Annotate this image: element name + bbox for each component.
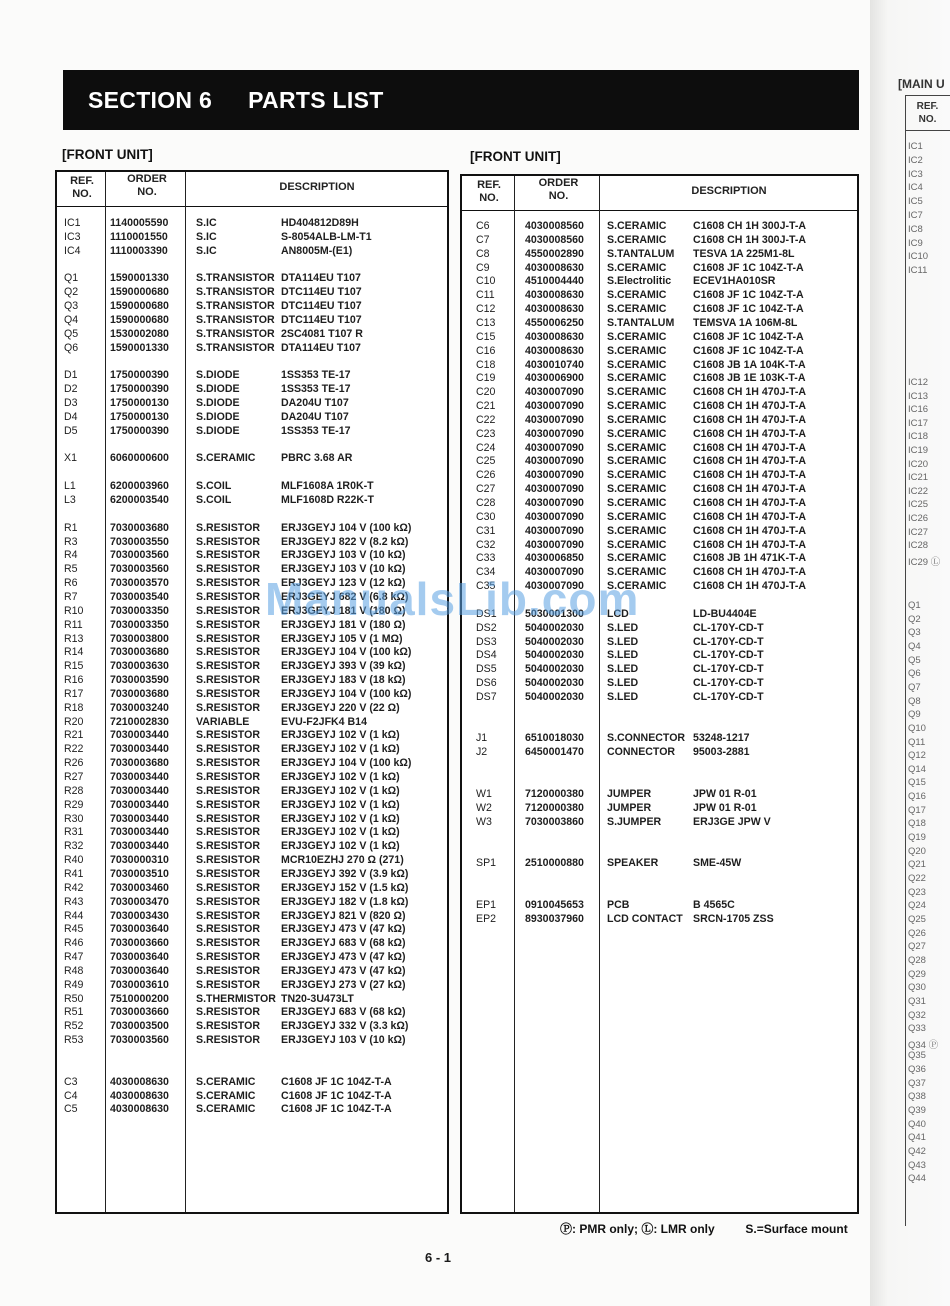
- next-ref: IC2: [908, 155, 923, 166]
- order-cell: 6450001470: [525, 746, 584, 758]
- part-cell: ERJ3GEYJ 104 V (100 kΩ): [281, 522, 411, 534]
- part-cell: ECEV1HA010SR: [693, 275, 775, 287]
- order-cell: 6510018030: [525, 732, 584, 744]
- table-row: C204030007090S.CERAMICC1608 CH 1H 470J-T…: [462, 386, 857, 400]
- type-cell: S.IC: [196, 245, 217, 257]
- surface-mount-note: S.=Surface mount: [745, 1222, 847, 1236]
- ref-cell: DS4: [476, 649, 497, 661]
- order-cell: 7030003350: [110, 619, 169, 631]
- ref-cell: Q6: [64, 342, 78, 354]
- order-cell: 7030003610: [110, 979, 169, 991]
- part-cell: ERJ3GEYJ 332 V (3.3 kΩ): [281, 1020, 408, 1032]
- part-cell: ERJ3GEYJ 821 V (820 Ω): [281, 910, 406, 922]
- next-ref: Q26: [908, 928, 926, 939]
- type-cell: S.RESISTOR: [196, 923, 260, 935]
- type-cell: S.CERAMIC: [196, 452, 255, 464]
- table-row: C274030007090S.CERAMICC1608 CH 1H 470J-T…: [462, 483, 857, 497]
- order-cell: 7030000310: [110, 854, 169, 866]
- ref-cell: C21: [476, 400, 495, 412]
- ref-cell: R16: [64, 674, 83, 686]
- type-cell: S.RESISTOR: [196, 549, 260, 561]
- part-cell: ERJ3GEYJ 183 V (18 kΩ): [281, 674, 406, 686]
- next-ref: Q1: [908, 600, 921, 611]
- part-cell: C1608 JF 1C 104Z-T-A: [281, 1076, 392, 1088]
- next-ref: IC12: [908, 377, 928, 388]
- legend-footnote: Ⓟ: PMR only; Ⓛ: LMR only S.=Surface moun…: [560, 1220, 848, 1237]
- next-ref: Q37: [908, 1078, 926, 1089]
- order-cell: 5040002030: [525, 677, 584, 689]
- order-cell: 1750000130: [110, 397, 169, 409]
- ref-cell: D2: [64, 383, 78, 395]
- table-row: DS35040002030S.LEDCL-170Y-CD-T: [462, 636, 857, 650]
- part-cell: ERJ3GEYJ 105 V (1 MΩ): [281, 633, 403, 645]
- ref-cell: C10: [476, 275, 495, 287]
- order-cell: 7030003560: [110, 563, 169, 575]
- part-cell: PBRC 3.68 AR: [281, 452, 352, 464]
- part-cell: C1608 JF 1C 104Z-T-A: [693, 345, 804, 357]
- order-cell: 0910045653: [525, 899, 584, 911]
- table-row: C254030007090S.CERAMICC1608 CH 1H 470J-T…: [462, 455, 857, 469]
- part-cell: C1608 CH 1H 470J-T-A: [693, 414, 806, 426]
- part-cell: ERJ3GEYJ 102 V (1 kΩ): [281, 813, 400, 825]
- ref-cell: R53: [64, 1034, 83, 1046]
- table-row: C354030007090S.CERAMICC1608 CH 1H 470J-T…: [462, 580, 857, 594]
- next-ref: Q23: [908, 887, 926, 898]
- table-row: EP10910045653PCBB 4565C: [462, 899, 857, 913]
- order-cell: 4030007090: [525, 414, 584, 426]
- next-ref: Q11: [908, 737, 925, 748]
- next-ref: Q20: [908, 846, 926, 857]
- order-cell: 5040002030: [525, 691, 584, 703]
- part-cell: SRCN-1705 ZSS: [693, 913, 774, 925]
- ref-cell: L1: [64, 480, 76, 492]
- table-row: R537030003560S.RESISTORERJ3GEYJ 103 V (1…: [57, 1034, 447, 1048]
- next-ref: IC28: [908, 540, 928, 551]
- ref-cell: R6: [64, 577, 78, 589]
- order-cell: 7030003440: [110, 840, 169, 852]
- part-cell: ERJ3GEYJ 102 V (1 kΩ): [281, 785, 400, 797]
- order-cell: 4030008630: [525, 331, 584, 343]
- type-cell: S.Electrolitic: [607, 275, 671, 287]
- order-cell: 4030008630: [525, 262, 584, 274]
- table-row: W37030003860S.JUMPERERJ3GE JPW V: [462, 816, 857, 830]
- ref-cell: R51: [64, 1006, 83, 1018]
- type-cell: S.RESISTOR: [196, 813, 260, 825]
- part-cell: ERJ3GEYJ 181 V (180 Ω): [281, 619, 406, 631]
- ref-cell: D1: [64, 369, 78, 381]
- order-cell: 5030001300: [525, 608, 584, 620]
- ref-cell: C7: [476, 234, 490, 246]
- part-cell: ERJ3GEYJ 392 V (3.9 kΩ): [281, 868, 408, 880]
- ref-cell: R52: [64, 1020, 83, 1032]
- type-cell: S.CERAMIC: [196, 1103, 255, 1115]
- type-cell: S.RESISTOR: [196, 840, 260, 852]
- ref-cell: C12: [476, 303, 495, 315]
- type-cell: S.TRANSISTOR: [196, 272, 275, 284]
- type-cell: S.RESISTOR: [196, 979, 260, 991]
- order-cell: 2510000880: [525, 857, 584, 869]
- table-row: DS25040002030S.LEDCL-170Y-CD-T: [462, 622, 857, 636]
- part-cell: C1608 CH 1H 470J-T-A: [693, 442, 806, 454]
- order-cell: 4030007090: [525, 386, 584, 398]
- order-cell: 7510000200: [110, 993, 169, 1005]
- order-cell: 4030007090: [525, 455, 584, 467]
- part-cell: DTC114EU T107: [281, 286, 362, 298]
- type-cell: S.RESISTOR: [196, 563, 260, 575]
- part-cell: ERJ3GEYJ 473 V (47 kΩ): [281, 923, 406, 935]
- type-cell: S.RESISTOR: [196, 1006, 260, 1018]
- order-cell: 7210002830: [110, 716, 169, 728]
- ref-cell: C23: [476, 428, 495, 440]
- table-row: R517030003660S.RESISTORERJ3GEYJ 683 V (6…: [57, 1006, 447, 1020]
- next-ref: Q6: [908, 668, 921, 679]
- order-cell: 7030003500: [110, 1020, 169, 1032]
- part-cell: 1SS353 TE-17: [281, 369, 351, 381]
- ref-cell: C8: [476, 248, 490, 260]
- type-cell: S.CERAMIC: [196, 1090, 255, 1102]
- ref-cell: X1: [64, 452, 77, 464]
- next-ref: Q9: [908, 709, 921, 720]
- ref-cell: Q3: [64, 300, 78, 312]
- ref-cell: IC4: [64, 245, 81, 257]
- type-cell: S.DIODE: [196, 425, 240, 437]
- ref-cell: R18: [64, 702, 83, 714]
- part-cell: DTC114EU T107: [281, 300, 362, 312]
- order-cell: 4030007090: [525, 525, 584, 537]
- order-cell: 4030007090: [525, 469, 584, 481]
- table-row: C194030006900S.CERAMICC1608 JB 1E 103K-T…: [462, 372, 857, 386]
- part-cell: C1608 JF 1C 104Z-T-A: [693, 331, 804, 343]
- table-row: C34030008630S.CERAMICC1608 JF 1C 104Z-T-…: [57, 1076, 447, 1090]
- next-ref: IC7: [908, 210, 923, 221]
- table-row: C104510004440S.ElectroliticECEV1HA010SR: [462, 275, 857, 289]
- ref-cell: EP2: [476, 913, 496, 925]
- table-row: DS65040002030S.LEDCL-170Y-CD-T: [462, 677, 857, 691]
- table-row: R187030003240S.RESISTORERJ3GEYJ 220 V (2…: [57, 702, 447, 716]
- table-row: Q21590000680S.TRANSISTORDTC114EU T107: [57, 286, 447, 300]
- order-cell: 1750000130: [110, 411, 169, 423]
- type-cell: S.RESISTOR: [196, 605, 260, 617]
- order-cell: 7030003560: [110, 549, 169, 561]
- left-unit-label: [FRONT UNIT]: [62, 147, 153, 162]
- type-cell: S.CERAMIC: [607, 234, 666, 246]
- type-cell: S.CERAMIC: [607, 289, 666, 301]
- table-row: J16510018030S.CONNECTOR53248-1217: [462, 732, 857, 746]
- ref-cell: J1: [476, 732, 487, 744]
- part-cell: ERJ3GEYJ 102 V (1 kΩ): [281, 729, 400, 741]
- type-cell: S.CONNECTOR: [607, 732, 685, 744]
- order-cell: 4550006250: [525, 317, 584, 329]
- order-cell: 7030003440: [110, 813, 169, 825]
- ref-cell: R22: [64, 743, 83, 755]
- part-cell: MLF1608A 1R0K-T: [281, 480, 374, 492]
- ref-cell: R5: [64, 563, 78, 575]
- order-cell: 7030003540: [110, 591, 169, 603]
- type-cell: S.RESISTOR: [196, 1034, 260, 1046]
- next-ref: Q19: [908, 832, 926, 843]
- order-cell: 4030008560: [525, 234, 584, 246]
- type-cell: S.RESISTOR: [196, 757, 260, 769]
- table-row: SP12510000880SPEAKERSME-45W: [462, 857, 857, 871]
- order-cell: 4030008560: [525, 220, 584, 232]
- part-cell: ERJ3GEYJ 102 V (1 kΩ): [281, 826, 400, 838]
- type-cell: S.IC: [196, 217, 217, 229]
- table-row: C234030007090S.CERAMICC1608 CH 1H 470J-T…: [462, 428, 857, 442]
- part-cell: CL-170Y-CD-T: [693, 636, 764, 648]
- part-cell: C1608 CH 1H 470J-T-A: [693, 386, 806, 398]
- order-cell: 7030003800: [110, 633, 169, 645]
- part-cell: ERJ3GEYJ 182 V (1.8 kΩ): [281, 896, 408, 908]
- ref-cell: C31: [476, 525, 495, 537]
- next-ref: IC17: [908, 418, 928, 429]
- table-row: C224030007090S.CERAMICC1608 CH 1H 470J-T…: [462, 414, 857, 428]
- type-cell: S.LED: [607, 636, 638, 648]
- type-cell: S.DIODE: [196, 411, 240, 423]
- section-title: PARTS LIST: [248, 87, 383, 114]
- part-cell: HD404812D89H: [281, 217, 359, 229]
- part-cell: ERJ3GEYJ 181 V (180 Ω): [281, 605, 406, 617]
- type-cell: S.CERAMIC: [607, 511, 666, 523]
- ref-cell: R31: [64, 826, 83, 838]
- order-cell: 4030006900: [525, 372, 584, 384]
- order-cell: 1590001330: [110, 342, 169, 354]
- order-cell: 7030003630: [110, 660, 169, 672]
- type-cell: S.LED: [607, 691, 638, 703]
- table-row: R167030003590S.RESISTORERJ3GEYJ 183 V (1…: [57, 674, 447, 688]
- type-cell: S.CERAMIC: [607, 525, 666, 537]
- table-row: C184030010740S.CERAMICC1608 JB 1A 104K-T…: [462, 359, 857, 373]
- ref-cell: R13: [64, 633, 83, 645]
- ref-cell: R4: [64, 549, 78, 561]
- ref-cell: R21: [64, 729, 83, 741]
- order-cell: 4030008630: [525, 303, 584, 315]
- order-cell: 4550002890: [525, 248, 584, 260]
- order-cell: 7030003590: [110, 674, 169, 686]
- table-row: C94030008630S.CERAMICC1608 JF 1C 104Z-T-…: [462, 262, 857, 276]
- part-cell: ERJ3GEYJ 683 V (68 kΩ): [281, 937, 406, 949]
- ref-cell: Q2: [64, 286, 78, 298]
- order-cell: 7030003660: [110, 937, 169, 949]
- ref-cell: C19: [476, 372, 495, 384]
- ref-cell: R44: [64, 910, 83, 922]
- order-cell: 7030003510: [110, 868, 169, 880]
- table-row: IC11140005590S.ICHD404812D89H: [57, 217, 447, 231]
- next-ref: Q39: [908, 1105, 926, 1116]
- type-cell: S.RESISTOR: [196, 937, 260, 949]
- col-description-header: DESCRIPTION: [187, 181, 447, 194]
- order-cell: 7030003440: [110, 729, 169, 741]
- ref-cell: R14: [64, 646, 83, 658]
- part-cell: CL-170Y-CD-T: [693, 677, 764, 689]
- table-row: R177030003680S.RESISTORERJ3GEYJ 104 V (1…: [57, 688, 447, 702]
- lmr-note: Ⓛ: LMR only: [641, 1222, 714, 1236]
- ref-cell: C28: [476, 497, 495, 509]
- order-cell: 7030003550: [110, 536, 169, 548]
- next-ref: Q21: [908, 859, 926, 870]
- type-cell: S.CERAMIC: [607, 414, 666, 426]
- order-cell: 7030003440: [110, 785, 169, 797]
- order-cell: 1110003390: [110, 245, 168, 257]
- ref-cell: R15: [64, 660, 83, 672]
- ref-cell: R30: [64, 813, 83, 825]
- next-ref: Q8: [908, 696, 921, 707]
- next-ref: Q36: [908, 1064, 926, 1075]
- table-row: R47030003560S.RESISTORERJ3GEYJ 103 V (10…: [57, 549, 447, 563]
- type-cell: PCB: [607, 899, 629, 911]
- order-cell: 7030003440: [110, 743, 169, 755]
- order-cell: 6200003960: [110, 480, 169, 492]
- ref-cell: L3: [64, 494, 76, 506]
- order-cell: 7030003240: [110, 702, 169, 714]
- type-cell: S.RESISTOR: [196, 729, 260, 741]
- next-ref: IC3: [908, 169, 923, 180]
- order-cell: 4030007090: [525, 566, 584, 578]
- table-row: R137030003800S.RESISTORERJ3GEYJ 105 V (1…: [57, 633, 447, 647]
- ref-cell: R26: [64, 757, 83, 769]
- order-cell: 7030003660: [110, 1006, 169, 1018]
- ref-cell: Q4: [64, 314, 78, 326]
- part-cell: ERJ3GEYJ 104 V (100 kΩ): [281, 757, 411, 769]
- part-cell: C1608 CH 1H 470J-T-A: [693, 469, 806, 481]
- type-cell: S.RESISTOR: [196, 674, 260, 686]
- table-row: R457030003640S.RESISTORERJ3GEYJ 473 V (4…: [57, 923, 447, 937]
- ref-cell: C11: [476, 289, 495, 301]
- table-row: R147030003680S.RESISTORERJ3GEYJ 104 V (1…: [57, 646, 447, 660]
- next-ref: IC11: [908, 265, 927, 276]
- part-cell: 1SS353 TE-17: [281, 383, 351, 395]
- type-cell: S.RESISTOR: [196, 633, 260, 645]
- type-cell: S.RESISTOR: [196, 785, 260, 797]
- part-cell: 53248-1217: [693, 732, 750, 744]
- order-cell: 6060000600: [110, 452, 169, 464]
- table-row: R117030003350S.RESISTORERJ3GEYJ 181 V (1…: [57, 619, 447, 633]
- ref-cell: DS3: [476, 636, 497, 648]
- part-cell: DA204U T107: [281, 397, 349, 409]
- type-cell: S.THERMISTOR: [196, 993, 276, 1005]
- next-ref: Q3: [908, 627, 921, 638]
- order-cell: 7120000380: [525, 802, 584, 814]
- next-ref: IC22: [908, 486, 928, 497]
- col-description-header: DESCRIPTION: [601, 185, 857, 198]
- table-row: C214030007090S.CERAMICC1608 CH 1H 470J-T…: [462, 400, 857, 414]
- ref-cell: Q1: [64, 272, 78, 284]
- ref-cell: DS1: [476, 608, 497, 620]
- order-cell: 7030003440: [110, 799, 169, 811]
- order-cell: 4030007090: [525, 511, 584, 523]
- ref-cell: C24: [476, 442, 495, 454]
- order-cell: 4030007090: [525, 400, 584, 412]
- order-cell: 7030003470: [110, 896, 169, 908]
- part-cell: SME-45W: [693, 857, 741, 869]
- order-cell: 1750000390: [110, 383, 169, 395]
- part-cell: C1608 JB 1H 471K-T-A: [693, 552, 806, 564]
- table-row: Q11590001330S.TRANSISTORDTA114EU T107: [57, 272, 447, 286]
- part-cell: ERJ3GEYJ 682 V (6.8 kΩ): [281, 591, 408, 603]
- type-cell: S.CERAMIC: [607, 220, 666, 232]
- table-row: DS75040002030S.LEDCL-170Y-CD-T: [462, 691, 857, 705]
- col-order-header: ORDERNO.: [107, 173, 187, 199]
- order-cell: 5040002030: [525, 622, 584, 634]
- ref-cell: R47: [64, 951, 83, 963]
- type-cell: S.CERAMIC: [607, 483, 666, 495]
- next-ref: Q5: [908, 655, 921, 666]
- type-cell: S.COIL: [196, 494, 231, 506]
- pmr-note: Ⓟ: PMR only;: [560, 1222, 638, 1236]
- next-ref: Q27: [908, 941, 926, 952]
- next-ref: Q43: [908, 1160, 926, 1171]
- next-ref: Q38: [908, 1091, 926, 1102]
- table-row: W17120000380JUMPERJPW 01 R-01: [462, 788, 857, 802]
- type-cell: S.RESISTOR: [196, 660, 260, 672]
- order-cell: 1590001330: [110, 272, 169, 284]
- table-row: L16200003960S.COILMLF1608A 1R0K-T: [57, 480, 447, 494]
- part-cell: ERJ3GEYJ 104 V (100 kΩ): [281, 646, 411, 658]
- order-cell: 1530002080: [110, 328, 169, 340]
- ref-cell: R45: [64, 923, 83, 935]
- table-row: C44030008630S.CERAMICC1608 JF 1C 104Z-T-…: [57, 1090, 447, 1104]
- ref-cell: C13: [476, 317, 495, 329]
- type-cell: S.TANTALUM: [607, 317, 674, 329]
- table-row: C344030007090S.CERAMICC1608 CH 1H 470J-T…: [462, 566, 857, 580]
- table-row: R267030003680S.RESISTORERJ3GEYJ 104 V (1…: [57, 757, 447, 771]
- type-cell: S.RESISTOR: [196, 591, 260, 603]
- table-row: IC31110001550S.ICS-8054ALB-LM-T1: [57, 231, 447, 245]
- order-cell: 4030007090: [525, 428, 584, 440]
- type-cell: S.CERAMIC: [607, 345, 666, 357]
- next-ref: Q15: [908, 777, 926, 788]
- part-cell: ERJ3GEYJ 473 V (47 kΩ): [281, 965, 406, 977]
- part-cell: 2SC4081 T107 R: [281, 328, 363, 340]
- part-cell: C1608 CH 1H 470J-T-A: [693, 400, 806, 412]
- table-row: C114030008630S.CERAMICC1608 JF 1C 104Z-T…: [462, 289, 857, 303]
- order-cell: 1140005590: [110, 217, 168, 229]
- part-cell: C1608 JF 1C 104Z-T-A: [693, 262, 804, 274]
- ref-cell: EP1: [476, 899, 496, 911]
- part-cell: C1608 CH 1H 470J-T-A: [693, 539, 806, 551]
- part-cell: JPW 01 R-01: [693, 802, 757, 814]
- order-cell: 4030008630: [525, 345, 584, 357]
- order-cell: 4030007090: [525, 483, 584, 495]
- table-row: R227030003440S.RESISTORERJ3GEYJ 102 V (1…: [57, 743, 447, 757]
- next-ref: IC18: [908, 431, 928, 442]
- type-cell: S.RESISTOR: [196, 577, 260, 589]
- type-cell: S.RESISTOR: [196, 951, 260, 963]
- col-ref-header: REF.NO.: [462, 179, 516, 205]
- type-cell: S.RESISTOR: [196, 910, 260, 922]
- next-ref: Q2: [908, 614, 921, 625]
- ref-cell: Q5: [64, 328, 78, 340]
- next-ref: Q14: [908, 764, 926, 775]
- ref-cell: C4: [64, 1090, 78, 1102]
- part-cell: C1608 CH 1H 470J-T-A: [693, 428, 806, 440]
- table-row: EP28930037960LCD CONTACTSRCN-1705 ZSS: [462, 913, 857, 927]
- table-row: D11750000390S.DIODE1SS353 TE-17: [57, 369, 447, 383]
- table-row: R327030003440S.RESISTORERJ3GEYJ 102 V (1…: [57, 840, 447, 854]
- table-row: R287030003440S.RESISTORERJ3GEYJ 102 V (1…: [57, 785, 447, 799]
- order-cell: 7030003680: [110, 522, 169, 534]
- next-ref: Q44: [908, 1173, 926, 1184]
- part-cell: ERJ3GEYJ 102 V (1 kΩ): [281, 743, 400, 755]
- next-ref: IC9: [908, 238, 923, 249]
- part-cell: ERJ3GEYJ 473 V (47 kΩ): [281, 951, 406, 963]
- part-cell: C1608 CH 1H 300J-T-A: [693, 220, 806, 232]
- table-row: R407030000310S.RESISTORMCR10EZHJ 270 Ω (…: [57, 854, 447, 868]
- part-cell: C1608 CH 1H 470J-T-A: [693, 497, 806, 509]
- next-ref: Q32: [908, 1010, 926, 1021]
- next-ref: IC5: [908, 196, 923, 207]
- table-row: C324030007090S.CERAMICC1608 CH 1H 470J-T…: [462, 539, 857, 553]
- ref-cell: DS5: [476, 663, 497, 675]
